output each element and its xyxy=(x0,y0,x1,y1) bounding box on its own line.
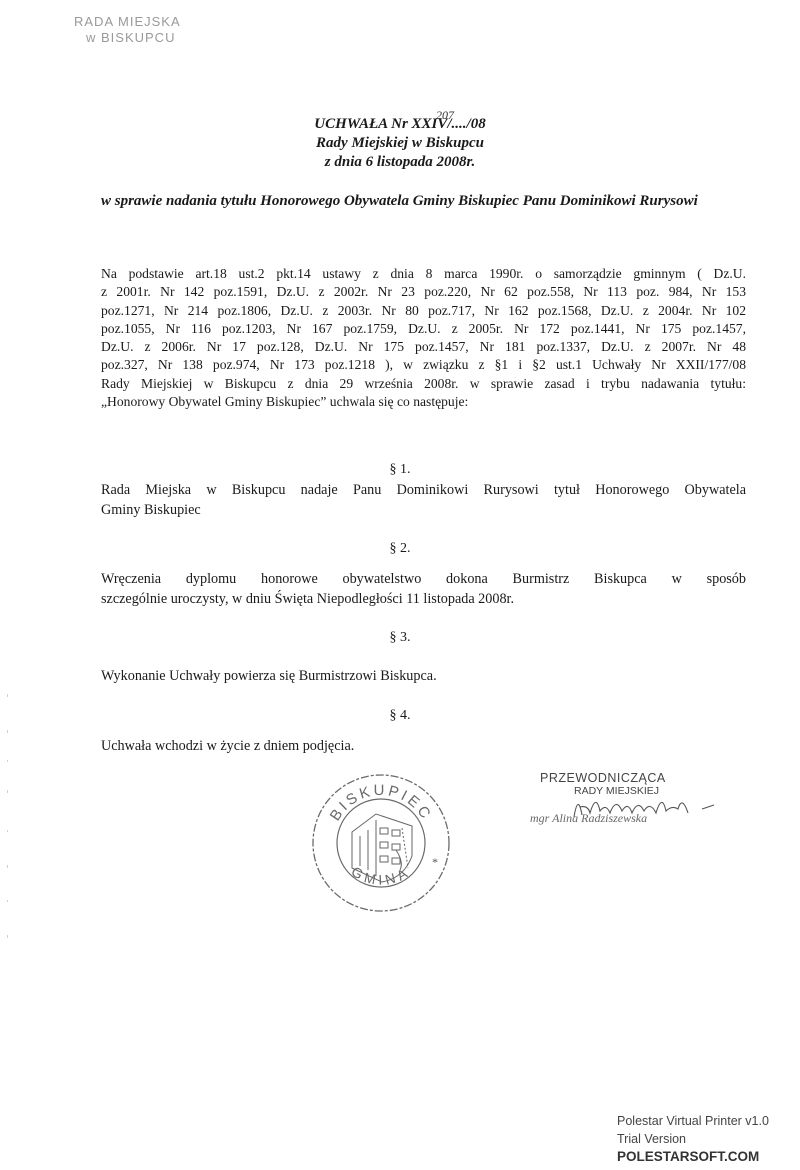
seal-star: * xyxy=(432,855,438,869)
preamble-line: „Honorowy Obywatel Gminy Biskupiec” uchw… xyxy=(101,393,746,411)
section-line: Wręczenia dyplomu honorowe obywatelstwo … xyxy=(101,569,746,589)
preamble-line: z 2001r. Nr 142 poz.1591, Dz.U. z 2002r.… xyxy=(101,283,746,301)
watermark-site: POLESTARSOFT.COM xyxy=(617,1148,769,1166)
title-suffix: /08 xyxy=(467,116,486,132)
scan-noise-decoration xyxy=(6,690,10,950)
preamble-line: Dz.U. z 2006r. Nr 17 poz.128, Dz.U. Nr 1… xyxy=(101,338,746,356)
section-mark-3: § 3. xyxy=(0,630,800,646)
svg-text:GMINA: GMINA xyxy=(349,863,414,888)
watermark-edition: Trial Version xyxy=(617,1130,769,1148)
signature-block: PRZEWODNICZĄCA RADY MIEJSKIEJ mgr Alina … xyxy=(530,765,720,835)
title-prefix: UCHWAŁA Nr XXIV/ xyxy=(314,116,451,132)
resolution-title: UCHWAŁA Nr XXIV/..../08 207 Rady Miejski… xyxy=(0,115,800,172)
section-text-3: Wykonanie Uchwały powierza się Burmistrz… xyxy=(101,666,746,686)
section-line: Gminy Biskupiec xyxy=(101,500,746,520)
svg-text:BISKUPIEC: BISKUPIEC xyxy=(327,782,436,824)
section-text-4: Uchwała wchodzi w życie z dniem podjęcia… xyxy=(101,736,746,756)
stamp-line-2: w BISKUPCU xyxy=(74,30,254,46)
preamble-line: Na podstawie art.18 ust.2 pkt.14 ustawy … xyxy=(101,265,746,283)
section-line: Rada Miejska w Biskupcu nadaje Panu Domi… xyxy=(101,480,746,500)
seal-graphic: BISKUPIEC GMINA * xyxy=(308,770,454,916)
section-text-1: Rada Miejska w Biskupcu nadaje Panu Domi… xyxy=(101,480,746,520)
watermark-product: Polestar Virtual Printer v1.0 xyxy=(617,1112,769,1130)
preamble-line: Rady Miejskiej w Biskupcu z dnia 29 wrze… xyxy=(101,375,746,393)
preamble-line: poz.1055, Nr 116 poz.1203, Nr 167 poz.17… xyxy=(101,320,746,338)
municipal-seal: BISKUPIEC GMINA * xyxy=(308,770,454,916)
council-name: Rady Miejskiej w Biskupcu xyxy=(0,134,800,153)
section-mark-4: § 4. xyxy=(0,708,800,724)
preamble-line: poz.1271, Nr 214 poz.1806, Dz.U. z 2003r… xyxy=(101,302,746,320)
resolution-subject: w sprawie nadania tytułu Honorowego Obyw… xyxy=(101,191,746,211)
resolution-date: z dnia 6 listopada 2008r. xyxy=(0,153,800,172)
handwritten-number: 207 xyxy=(436,106,454,125)
section-line: Wykonanie Uchwały powierza się Burmistrz… xyxy=(101,666,746,686)
signatory-name: mgr Alina Radziszewska xyxy=(530,811,647,826)
section-mark-2: § 2. xyxy=(0,541,800,557)
seal-bottom-text: GMINA xyxy=(349,863,414,888)
section-mark-1: § 1. xyxy=(0,462,800,478)
section-text-2: Wręczenia dyplomu honorowe obywatelstwo … xyxy=(101,569,746,609)
signatory-role: PRZEWODNICZĄCA xyxy=(540,771,666,785)
preamble-line: poz.327, Nr 138 poz.974, Nr 173 poz.1218… xyxy=(101,356,746,374)
stamp-line-1: RADA MIEJSKA xyxy=(74,14,254,30)
seal-top-text: BISKUPIEC xyxy=(327,782,436,824)
resolution-number: UCHWAŁA Nr XXIV/..../08 207 xyxy=(0,115,800,134)
printer-watermark: Polestar Virtual Printer v1.0 Trial Vers… xyxy=(617,1112,769,1166)
section-line: szczególnie uroczysty, w dniu Święta Nie… xyxy=(101,589,746,609)
section-line: Uchwała wchodzi w życie z dniem podjęcia… xyxy=(101,736,746,756)
council-header-stamp: RADA MIEJSKA w BISKUPCU xyxy=(74,14,254,46)
legal-basis-preamble: Na podstawie art.18 ust.2 pkt.14 ustawy … xyxy=(101,265,746,411)
